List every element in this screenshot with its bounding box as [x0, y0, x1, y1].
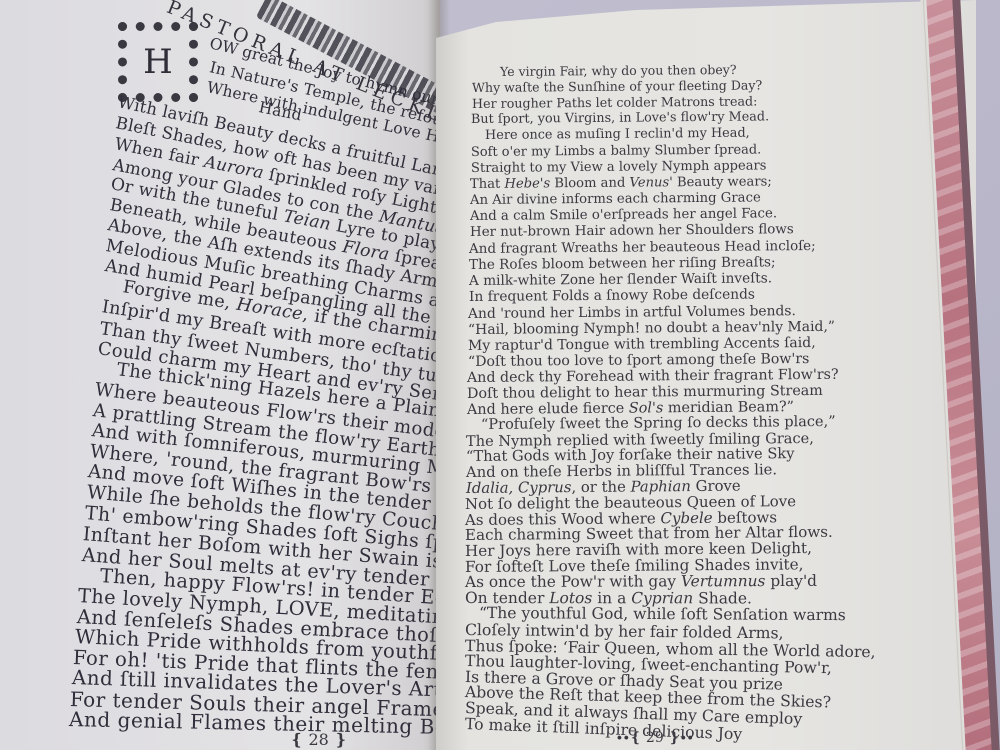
verse-line: An Air divine informs each charming Grac…: [470, 190, 761, 208]
folio-ornament-left: ∙∙❴: [616, 730, 641, 746]
verse-line: Ye virgin Fair, why do you then obey?: [500, 62, 737, 79]
verse-line: Here once as muſing I reclin'd my Head,: [485, 126, 750, 143]
open-book-photo: PASTORAL AT LECKLEIGH H OW great the Joy…: [0, 0, 1000, 750]
page-number-29: 29: [646, 730, 664, 746]
right-page-number: ∙∙❴ 29 ❵∙∙: [616, 730, 694, 746]
folio-ornament-right: ❵: [329, 730, 348, 749]
verse-line: And a calm Smile o'erſpreads her angel F…: [470, 206, 777, 224]
drop-cap-ornament: H: [118, 22, 198, 102]
left-page-number: ❴ 28 ❵: [290, 730, 347, 749]
verse-line: That Hebe's Bloom and Venus' Beauty wear…: [470, 174, 772, 192]
verse-line: Straight to my View a lovely Nymph appea…: [470, 158, 766, 176]
verse-line: In frequent Folds a ſnowy Robe deſcends: [468, 287, 754, 305]
folio-ornament-left: ❴: [290, 730, 309, 749]
left-page: PASTORAL AT LECKLEIGH H OW great the Joy…: [0, 0, 440, 750]
right-page: Ye virgin Fair, why do you then obey?Why…: [436, 0, 976, 750]
verse-line: Soft o'er my Limbs a balmy Slumber ſprea…: [471, 142, 761, 160]
verse-line: Her rougher Paths let colder Matrons tre…: [471, 94, 756, 111]
verse-line: Her nut-brown Hair adown her Shoulders f…: [469, 222, 793, 240]
verse-line: But ſport, you Virgins, in Love's flow'r…: [471, 110, 769, 128]
page-number-28: 28: [309, 730, 329, 749]
folio-ornament-right: ❵∙∙: [668, 730, 693, 746]
drop-cap-letter: H: [143, 42, 173, 82]
verse-line: Why waſte the Sunſhine of your fleeting …: [472, 78, 762, 96]
